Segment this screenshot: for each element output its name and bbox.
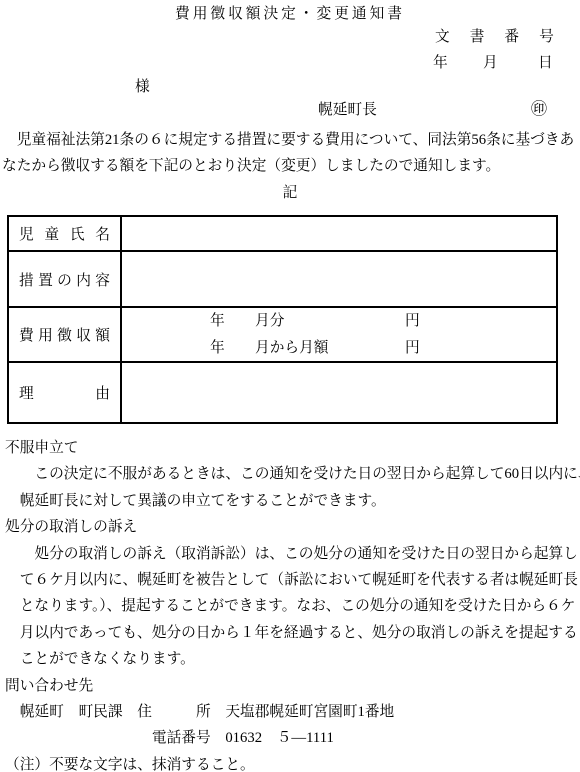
cancellation-text-line: となります。）、提起することができます。なお、この処分の通知を受けた日から６ケ bbox=[5, 593, 579, 619]
fee-line-from-month: 年 月から月額 円 bbox=[122, 335, 556, 362]
measure-content-label-cell: 措置の内容 bbox=[9, 250, 122, 306]
document-number-label: 文書番号 bbox=[435, 27, 574, 47]
intro-paragraph: 児童福祉法第21条の６に規定する措置に要する費用について、同法第56条に基づきあ… bbox=[2, 127, 579, 179]
sender-title: 幌延町長 bbox=[318, 100, 377, 120]
reason-value-cell bbox=[122, 361, 556, 422]
fee-year-label: 年 bbox=[210, 308, 225, 335]
reason-label: 理由 bbox=[9, 382, 120, 403]
cancellation-text-line: 月以内であっても、処分の日から１年を経過すると、処分の取消しの訴えを提起する bbox=[5, 620, 579, 646]
sender-line: 幌延町長 ㊞ bbox=[0, 100, 580, 120]
child-name-value-cell bbox=[122, 217, 556, 250]
objection-heading: 不服申立て bbox=[5, 435, 579, 461]
fee-line-monthly: 年 月分 円 bbox=[122, 308, 556, 335]
fee-amount-label: 費用徴収額 bbox=[9, 324, 120, 345]
child-name-label: 児童氏名 bbox=[9, 223, 120, 244]
intro-line: 児童福祉法第21条の６に規定する措置に要する費用について、同法第56条に基づきあ bbox=[2, 127, 579, 153]
measure-content-value-cell bbox=[122, 250, 556, 306]
note-line: （注）不要な文字は、抹消すること。 bbox=[5, 752, 579, 772]
fee-period-label: 月分 bbox=[255, 308, 284, 335]
measure-content-label: 措置の内容 bbox=[9, 269, 120, 290]
contact-heading: 問い合わせ先 bbox=[5, 673, 579, 699]
objection-text-line: 幌延町長に対して異議の申立てをすることができます。 bbox=[5, 488, 579, 514]
fee-year-label: 年 bbox=[210, 335, 225, 362]
cancellation-text-line: て６ケ月以内に、幌延町を被告として（訴訟において幌延町を代表する者は幌延町長 bbox=[5, 567, 579, 593]
cancellation-text-line: 処分の取消しの訴え（取消訴訟）は、この処分の通知を受けた日の翌日から起算し bbox=[5, 541, 579, 567]
fee-unit-label: 円 bbox=[405, 308, 420, 335]
official-seal-icon: ㊞ bbox=[531, 100, 547, 120]
fee-period-label: 月から月額 bbox=[255, 335, 328, 362]
contact-phone-line: 電話番号 01632 ５―1111 bbox=[5, 725, 579, 751]
contact-address-line: 幌延町 町民課 住 所 天塩郡幌延町宮園町1番地 bbox=[5, 699, 579, 725]
cancellation-text-line: ことができなくなります。 bbox=[5, 646, 579, 672]
fee-amount-label-cell: 費用徴収額 bbox=[9, 306, 122, 361]
date-year-label: 年 bbox=[433, 53, 448, 73]
document-title: 費用徴収額決定・変更通知書 bbox=[0, 3, 580, 25]
reason-label-cell: 理由 bbox=[9, 361, 122, 422]
footer-notes: 不服申立て この決定に不服があるときは、この通知を受けた日の翌日から起算して60… bbox=[5, 435, 579, 772]
date-month-label: 月 bbox=[483, 53, 498, 73]
notice-table: 児童氏名 措置の内容 費用徴収額 年 月分 円 年 月から月額 円 理由 bbox=[7, 215, 558, 424]
fee-unit-label: 円 bbox=[405, 335, 420, 362]
record-heading: 記 bbox=[0, 180, 580, 206]
date-day-label: 日 bbox=[538, 53, 553, 73]
child-name-label-cell: 児童氏名 bbox=[9, 217, 122, 250]
cancellation-heading: 処分の取消しの訴え bbox=[5, 514, 579, 540]
fee-amount-value-cell: 年 月分 円 年 月から月額 円 bbox=[122, 306, 556, 361]
date-line: 年 月 日 bbox=[0, 53, 580, 73]
objection-text-line: この決定に不服があるときは、この通知を受けた日の翌日から起算して60日以内に、 bbox=[5, 461, 579, 487]
addressee-honorific: 様 bbox=[135, 77, 150, 97]
intro-line: なたから徴収する額を下記のとおり決定（変更）しましたので通知します。 bbox=[2, 153, 579, 179]
